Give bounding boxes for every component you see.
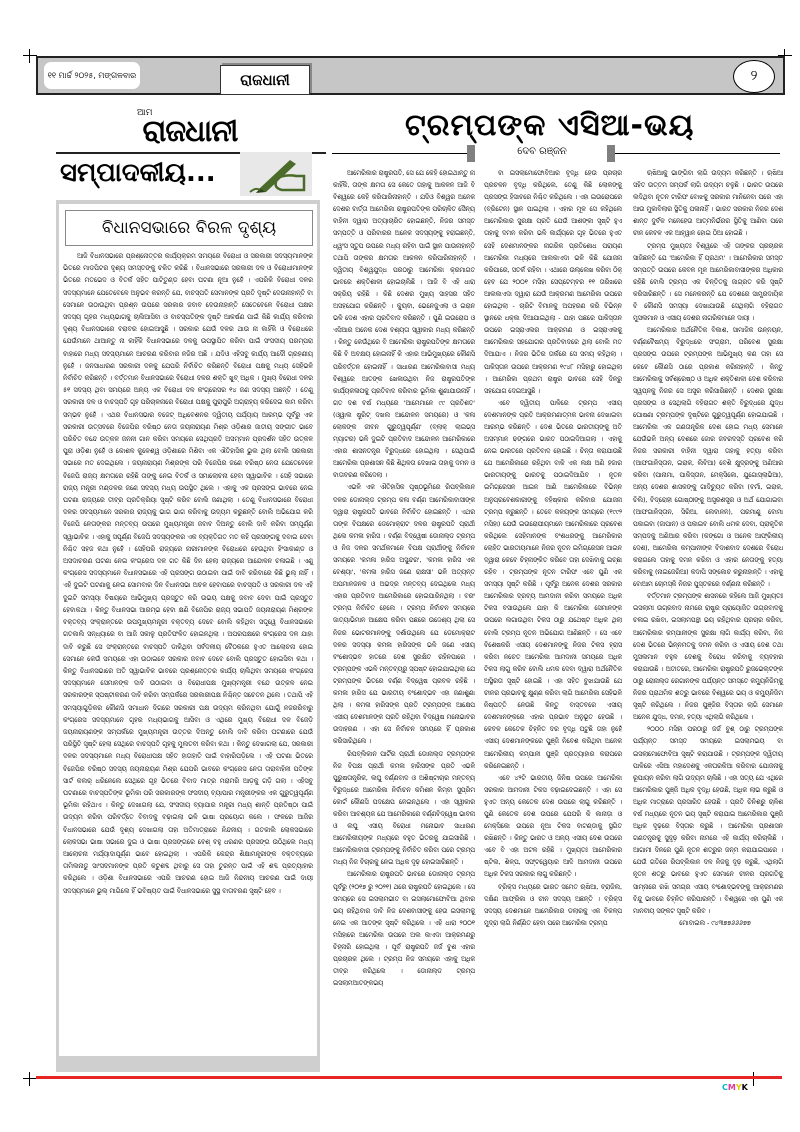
editorial-box: ବିଧାନସଭାରେ ବିରଳ ଦୃଶ୍ୟ ଆଜି ବିଧାନସଭାରେ ପ୍ର… [56, 200, 320, 1072]
byline: ଦେବ ରଞ୍ଜନ [332, 143, 788, 163]
author-name: ଦେବ ରଞ୍ଜନ [492, 146, 592, 157]
issue-date: ୧୧ ମାର୍ଚ୍ଚ ୨୦୨୫, ମଙ୍ଗଳବାର [44, 62, 140, 89]
cmyk-m: M [728, 1083, 736, 1092]
editorial-content: ବିଧାନସଭାରେ ବିରଳ ଦୃଶ୍ୟ ଆଜି ବିଧାନସଭାରେ ପ୍ର… [59, 204, 317, 1056]
article-column-3: ଋଷିଆକୁ ଭାଙ୍ଗିବା ଲାଗି ଉଦ୍ୟମ କରିଛନ୍ତି । ଋଷ… [633, 168, 783, 930]
pen-writing-icon [240, 152, 312, 196]
article-paragraph: ଏଭଳି ଏକ ଐତିହାସିକ ପୃଷ୍ଠଭୂମିରେ ରିପବ୍ଲିକାନ … [333, 482, 475, 748]
article-paragraph: ବ୍ରିକ୍ସ ମଧ୍ୟରେ ଭାରତ ସମେତ ଋଷିଆ, ବ୍ରାଜିଲ, … [484, 882, 622, 930]
byline-rule-left [332, 153, 467, 154]
editorial-title: ବିଧାନସଭାରେ ବିରଳ ଦୃଶ୍ୟ [65, 210, 313, 246]
page-header-band: ୧୧ ମାର୍ଚ୍ଚ ୨୦୨୫, ମଙ୍ଗଳବାର ରାଜଧାନୀ ୨ [36, 56, 785, 95]
article-paragraph: ଆମେରିକାର ଅର୍ଥନୈତିକ ବିକାଶ, ସାମାଜିକ ଉନ୍ନୟନ… [633, 325, 783, 591]
footer-red-rule [36, 1076, 782, 1079]
crop-mark-bottom-right [747, 1072, 761, 1086]
byline-square-left [467, 145, 475, 162]
crop-mark-bottom-left [23, 1072, 37, 1086]
article-headline: ଟ୍ରମ୍ପଙ୍କ ଏସିଆ-ଭୟ [405, 108, 694, 143]
article-paragraph: ବା ଇସଲାମୋଫୋବିଆର ବୃଦ୍ଧି ହେଉ ପ୍ରଚାର ପ୍ରଚଳନ… [484, 168, 622, 398]
crop-mark-top-left [23, 49, 37, 63]
article-paragraph: ଆମେରିକାର ରାଷ୍ଟ୍ରପତି, ସେ ଯେ କେହି ହୋଇଥାନ୍ତ… [333, 168, 475, 482]
author-contact: ମୋବାଇଲ - ୯୪୩୭୭୬୬୬୭୭ [633, 918, 783, 930]
cmyk-k: K [742, 1083, 748, 1092]
article-column-1: ଆମେରିକାର ରାଷ୍ଟ୍ରପତି, ସେ ଯେ କେହି ହୋଇଥାନ୍ତ… [333, 168, 475, 990]
masthead-logo: ଆମ ରାଜଧାନୀ [95, 108, 275, 152]
article-paragraph: ବର୍ତ୍ତମାନ ଟ୍ରମ୍ପଙ୍କ ଶାସନରେ କହିଲେ ଆଜି ମୁଖ… [633, 591, 783, 724]
cmyk-registration-mark: CMYK [722, 1083, 748, 1092]
article-paragraph: ଏବେ ୪୨ଟି ଭାରତୀୟ ଜିନିଷ ଉପରେ ଆମେରିକା ସରକାର… [484, 773, 622, 882]
page-number: ୨ [733, 60, 775, 93]
article-paragraph: ଟ୍ରମ୍ପ ମୁଖ୍ୟତଃ ବିଶ୍ୱରେ ଏହି ତାଙ୍କର ପ୍ରଚାର… [633, 241, 783, 326]
editorial-section-label: ସମ୍ପାଦକୀୟ... [60, 158, 216, 189]
editorial-body: ଆଜି ବିଧାନସଭାରେ ପ୍ରଶ୍ନୋତ୍ତର କାର୍ଯ୍ୟକ୍ରମ ସ… [63, 250, 313, 897]
article-paragraph: ୨୦୦୦ ମସିହା ପରଠାରୁ ଜର୍ଜ ବୁଶ୍ ଠାରୁ ଟ୍ରମ୍ପଙ… [633, 724, 783, 918]
article-paragraph: ଏବେ ଦ୍ୱିତୀୟ ପାଳିରେ ଟ୍ରମ୍ପ ଏସୀୟ ଦେଶମାନଙ୍କ… [484, 398, 622, 773]
article-paragraph: ଆମେରିକାର ରାଷ୍ଟ୍ରପତି ଭାବରେ ଡୋନାଲ୍ଡ ଟ୍ରମ୍ପ… [333, 869, 475, 990]
article-paragraph: ରିପବ୍ଲିକାନ ପାର୍ଟିର ପ୍ରାର୍ଥୀ ଡୋନାଲ୍ଡ ଟ୍ରମ… [333, 749, 475, 870]
header-logo: ରାଜଧାନୀ [220, 65, 310, 95]
masthead-logo-text: ରାଜଧାନୀ [105, 114, 275, 149]
byline-rule-right [615, 153, 780, 154]
article-column-2: ବା ଇସଲାମୋଫୋବିଆର ବୃଦ୍ଧି ହେଉ ପ୍ରଚାର ପ୍ରଚଳନ… [484, 168, 622, 930]
byline-square-right [607, 145, 615, 162]
article-paragraph: ଋଷିଆକୁ ଭାଙ୍ଗିବା ଲାଗି ଉଦ୍ୟମ କରିଛନ୍ତି । ଋଷ… [633, 168, 783, 241]
